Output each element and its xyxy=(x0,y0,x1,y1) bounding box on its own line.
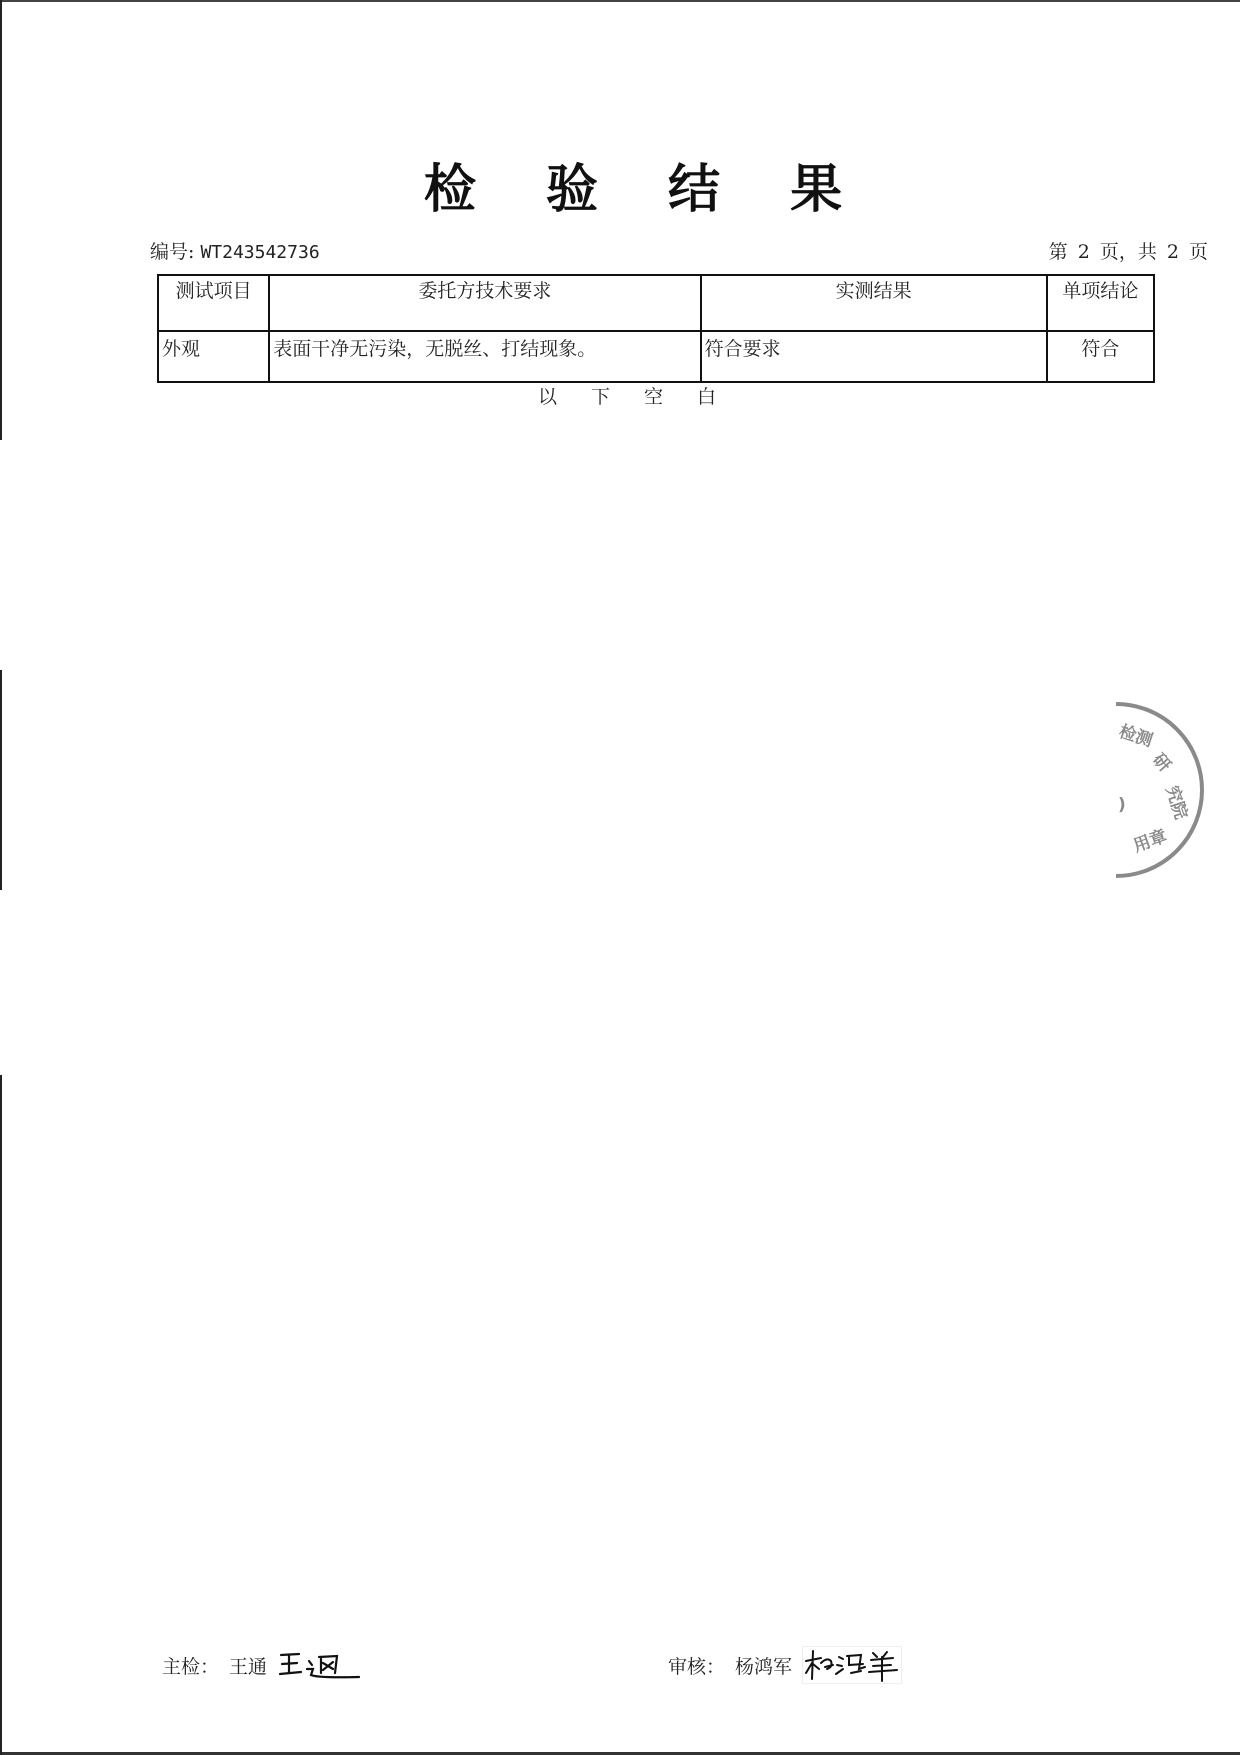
reviewer-name: 杨鸿军 xyxy=(735,1652,792,1679)
reviewer-label: 审核： xyxy=(668,1652,725,1679)
report-number-label: 编号: xyxy=(150,241,194,263)
results-table: 测试项目 委托方技术要求 实测结果 单项结论 外观 表面干净无污染，无脱丝、打结… xyxy=(157,274,1155,383)
report-number: 编号: WT243542736 xyxy=(150,237,320,264)
cell-result: 符合要求 xyxy=(701,331,1047,382)
table-header-row: 测试项目 委托方技术要求 实测结果 单项结论 xyxy=(158,275,1154,331)
header-test-item: 测试项目 xyxy=(158,275,269,331)
svg-text:检测: 检测 xyxy=(1116,721,1155,751)
header-requirement: 委托方技术要求 xyxy=(269,275,700,331)
scan-border-left xyxy=(0,670,2,890)
svg-text:用章: 用章 xyxy=(1131,825,1170,856)
scan-border-left xyxy=(0,1075,2,1755)
header-conclusion: 单项结论 xyxy=(1047,275,1154,331)
scan-border-top xyxy=(0,0,1240,2)
official-stamp-icon: 检测 研 究院 用章 ) xyxy=(1116,702,1240,878)
reviewer-handwritten-signature-icon xyxy=(802,1646,902,1684)
cell-requirement: 表面干净无污染，无脱丝、打结现象。 xyxy=(269,331,700,382)
inspector-signature-line: 主检： 王通 xyxy=(162,1645,367,1685)
inspector-name: 王通 xyxy=(229,1652,267,1679)
svg-text:研: 研 xyxy=(1148,750,1174,776)
blank-below-note: 以 下 空 白 xyxy=(0,382,1240,409)
cell-test-item: 外观 xyxy=(158,331,269,382)
scan-border-left xyxy=(0,0,2,440)
reviewer-signature-line: 审核： 杨鸿军 xyxy=(668,1645,902,1685)
svg-text:): ) xyxy=(1118,795,1126,815)
header-result: 实测结果 xyxy=(701,275,1047,331)
svg-text:究院: 究院 xyxy=(1161,783,1191,822)
document-title: 检 验 结 果 xyxy=(0,164,1240,216)
report-number-value: WT243542736 xyxy=(200,242,319,263)
inspector-label: 主检： xyxy=(162,1652,219,1679)
table-row: 外观 表面干净无污染，无脱丝、打结现象。 符合要求 符合 xyxy=(158,331,1154,382)
cell-conclusion: 符合 xyxy=(1047,331,1154,382)
inspector-handwritten-signature-icon xyxy=(277,1647,367,1683)
page-info: 第 2 页，共 2 页 xyxy=(1049,237,1208,264)
